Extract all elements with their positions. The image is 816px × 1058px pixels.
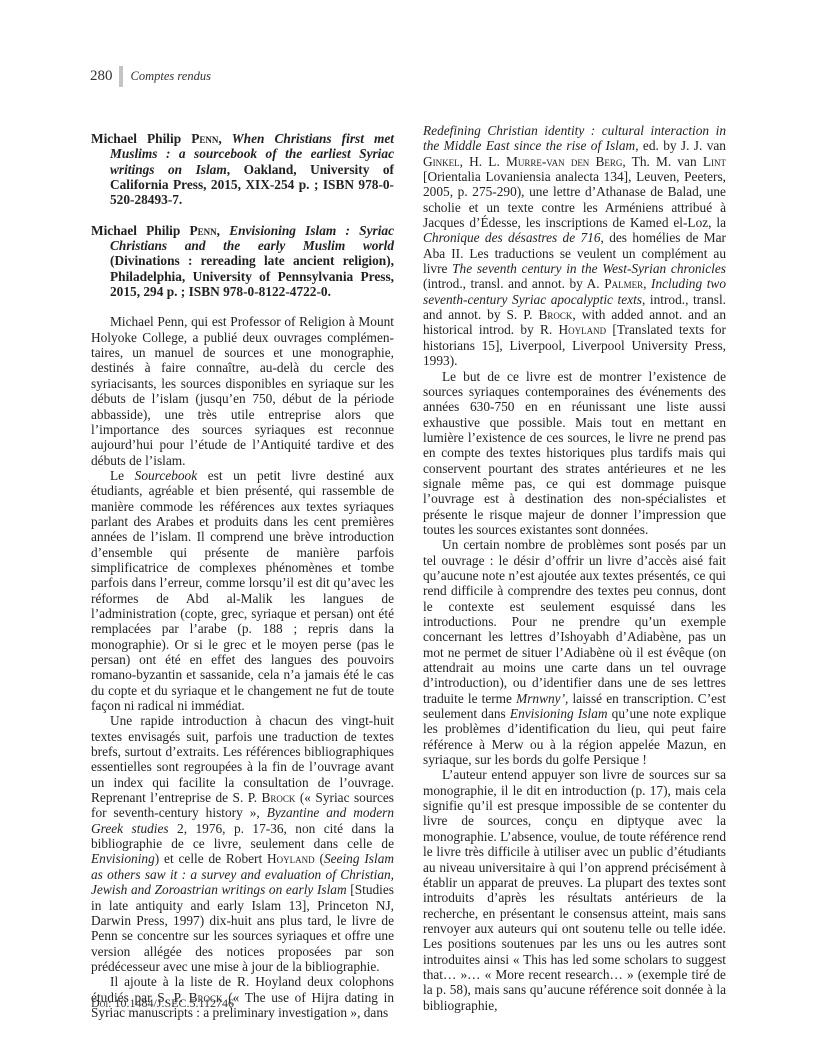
text-run: Un certain nombre de problèmes sont posé… bbox=[423, 537, 726, 705]
running-head-title: Comptes rendus bbox=[131, 69, 211, 84]
page-number: 280 bbox=[90, 66, 113, 86]
author-name: Hoyland bbox=[267, 851, 315, 866]
author-name: Lint bbox=[703, 154, 726, 169]
author-name: Brock bbox=[262, 790, 296, 805]
paragraph-continuation: Redefining Christian identity : cultural… bbox=[423, 123, 726, 369]
running-header: 280 Comptes rendus bbox=[90, 66, 211, 86]
author-name: Hoyland bbox=[559, 322, 607, 337]
text-run: Le bbox=[110, 468, 135, 483]
text-run: , ed. by J. J. van bbox=[635, 138, 726, 153]
doi-footer: Doi: 10.1484/J.SEC.5.112746 bbox=[91, 996, 234, 1011]
text-run: , bbox=[643, 276, 651, 291]
italic-title: Sourcebook bbox=[135, 468, 198, 483]
paragraph-purpose: Le but de ce livre est de montrer l’exis… bbox=[423, 369, 726, 538]
paragraph-sourcebook: Le Sourcebook est un petit livre destiné… bbox=[91, 468, 394, 714]
text-run: est un petit livre destiné aux étudiants… bbox=[91, 468, 394, 713]
author-last-name: Penn bbox=[191, 131, 218, 146]
doi-label: Doi bbox=[91, 996, 108, 1010]
header-divider-bar bbox=[119, 66, 123, 87]
doi-value: : 10.1484/J.SEC.5.112746 bbox=[108, 996, 234, 1010]
separator: , bbox=[217, 223, 230, 238]
left-column: Michael Philip Penn, When Christians fir… bbox=[91, 131, 394, 1020]
paragraph-author-monograph: L’auteur entend appuyer son livre de sou… bbox=[423, 767, 726, 1013]
text-run: , Th. M. van bbox=[622, 154, 702, 169]
text-run: (introd., transl. and annot. by A. bbox=[423, 276, 604, 291]
separator: , bbox=[218, 131, 231, 146]
right-column: Redefining Christian identity : cultural… bbox=[423, 123, 726, 1013]
text-run: ) et celle de Robert bbox=[155, 851, 267, 866]
paragraph-introduction-texts: Une rapide introduction à chacun des vin… bbox=[91, 713, 394, 974]
author-name: Ginkel bbox=[423, 154, 460, 169]
author-first-name: Michael Philip bbox=[91, 223, 189, 238]
paragraph-intro: Michael Penn, qui est Professor of Relig… bbox=[91, 314, 394, 467]
italic-title: Envisioning bbox=[91, 851, 155, 866]
author-first-name: Michael Philip bbox=[91, 131, 191, 146]
italic-title: Chronique des désastres de 716 bbox=[423, 230, 601, 245]
book-details: (Divinations : rereading late ancient re… bbox=[110, 253, 394, 299]
italic-title: Envisioning Islam bbox=[510, 706, 608, 721]
paragraph-problems: Un certain nombre de problèmes sont posé… bbox=[423, 537, 726, 767]
book-reference-2: Michael Philip Penn, Envisioning Islam :… bbox=[91, 223, 394, 300]
text-run: , H. L. bbox=[460, 154, 506, 169]
author-last-name: Penn bbox=[189, 223, 216, 238]
text-run: ( bbox=[315, 851, 324, 866]
author-name: Murre-van den Berg bbox=[506, 154, 622, 169]
book-reference-1: Michael Philip Penn, When Christians fir… bbox=[91, 131, 394, 208]
italic-term: Mrnwny’ bbox=[516, 691, 565, 706]
author-name: Brock bbox=[538, 307, 572, 322]
italic-title: The seventh century in the West-Syrian c… bbox=[452, 261, 726, 276]
author-name: Palmer bbox=[604, 276, 643, 291]
text-run: [Orientalia Lovaniensia analecta 134], L… bbox=[423, 169, 726, 230]
